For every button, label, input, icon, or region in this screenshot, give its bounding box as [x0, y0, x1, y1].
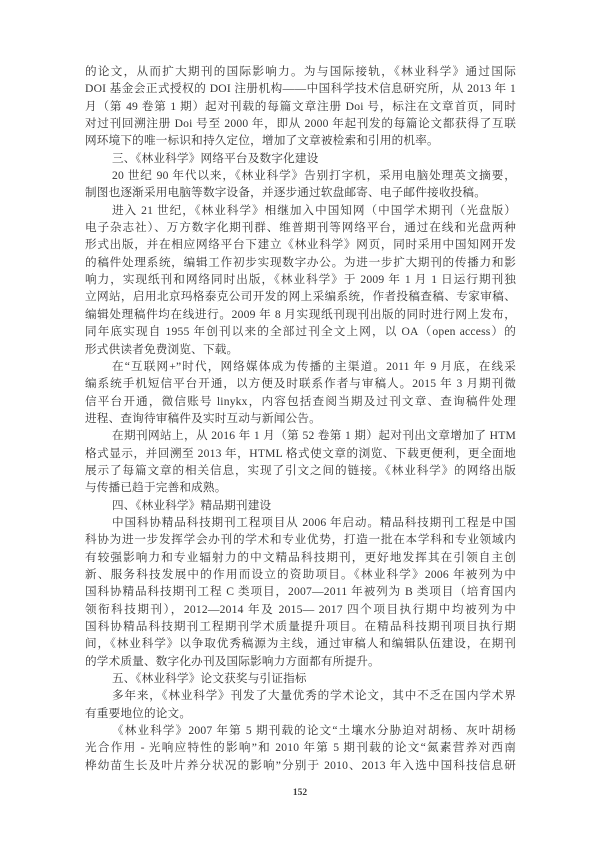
text-line: 编辑处理稿件均在线进行。2009 年 8 月实现纸刊现刊出版的同时进行网上发布，: [85, 306, 516, 323]
section-heading: 三、《林业科学》网络平台及数字化建设: [85, 150, 516, 167]
document-page: 的论文，从而扩大期刊的国际影响力。为与国际接轨，《林业科学》通过国际DOI 基金…: [0, 0, 600, 848]
text-line: 《林业科学》2007 年第 5 期刊载的论文“土壤水分胁迫对胡杨、灰叶胡杨: [85, 722, 516, 739]
body-text: 的论文，从而扩大期刊的国际影响力。为与国际接轨，《林业科学》通过国际DOI 基金…: [85, 63, 516, 774]
text-line: 国科协精品科技期刊工程 C 类项目，2007—2011 年被列为 B 类项目（培…: [85, 583, 516, 600]
text-line: 形式出版，并在相应网络平台下建立《林业科学》网页，同时采用中国知网开发: [85, 236, 516, 253]
text-line: 光合作用 - 光响应特性的影响”和 2010 年第 5 期刊载的论文“氮素营养对…: [85, 739, 516, 756]
text-line: 的学术质量、数字化办刊及国际影响力方面都有所提升。: [85, 653, 516, 670]
text-line: 展示了每篇文章的相关信息，实现了引文之间的链接。《林业科学》的网络出版: [85, 462, 516, 479]
text-line: 进程、查询待审稿件及实时互动与新闻公告。: [85, 410, 516, 427]
page-number: 152: [293, 788, 307, 798]
text-line: 桦幼苗生长及叶片养分状况的影响”分别于 2010、2013 年入选中国科技信息研: [85, 757, 516, 774]
text-line: 在“互联网+”时代，网络媒体成为传播的主渠道。2011 年 9 月底，在线采: [85, 358, 516, 375]
text-line: 月（第 49 卷第 1 期）起对刊载的每篇文章注册 Doi 号，标注在文章首页，…: [85, 98, 516, 115]
text-line: 的稿件处理系统，编辑工作初步实现数字办公。为进一步扩大期刊的传播力和影: [85, 254, 516, 271]
text-line: 有较强影响力和专业辐射力的中文精品科技期刊，更好地发挥其在引领自主创: [85, 549, 516, 566]
text-line: 领衔科技期刊），2012—2014 年及 2015— 2017 四个项目执行期中…: [85, 601, 516, 618]
text-line: 对过刊回溯注册 Doi 号至 2000 年，即从 2000 年起刊发的每篇论文都…: [85, 115, 516, 132]
text-line: 多年来，《林业科学》刊发了大量优秀的学术论文，其中不乏在国内学术界: [85, 687, 516, 704]
text-line: 科协为进一步发挥学会办刊的学术和专业优势，打造一批在本学科和专业领域内: [85, 531, 516, 548]
text-line: 制图也逐渐采用电脑等数字设备，并逐步通过软盘邮寄、电子邮件接收投稿。: [85, 184, 516, 201]
text-line: 编系统手机短信平台开通，以方便及时联系作者与审稿人。2015 年 3 月期刊微: [85, 375, 516, 392]
text-line: 与传播已趋于完善和成熟。: [85, 479, 516, 496]
text-line: 有重要地位的论文。: [85, 705, 516, 722]
text-line: 的论文，从而扩大期刊的国际影响力。为与国际接轨，《林业科学》通过国际: [85, 63, 516, 80]
text-line: 间，《林业科学》以争取优秀稿源为主线，通过审稿人和编辑队伍建设，在期刊: [85, 635, 516, 652]
text-line: 新、服务科技发展中的作用而设立的资助项目。《林业科学》2006 年被列为中: [85, 566, 516, 583]
text-line: 国科协精品科技期刊工程期刊学术质量提升项目。在精品科技期刊项目执行期: [85, 618, 516, 635]
text-line: 电子杂志社）、万方数字化期刊群、维普期刊等网络平台，通过在线和光盘两种: [85, 219, 516, 236]
text-line: 在期刊网站上，从 2016 年 1 月（第 52 卷第 1 期）起对刊出文章增加…: [85, 427, 516, 444]
text-line: 中国科协精品科技期刊工程项目从 2006 年启动。精品科技期刊工程是中国: [85, 514, 516, 531]
text-line: 格式显示，并回溯至 2013 年，HTML 格式使文章的浏览、下载更便利，更全面…: [85, 445, 516, 462]
text-line: 进入 21 世纪，《林业科学》相继加入中国知网（中国学术期刊（光盘版）: [85, 202, 516, 219]
text-line: 响力，实现纸刊和网络同时出版，《林业科学》于 2009 年 1 月 1 日运行期…: [85, 271, 516, 288]
text-line: 20 世纪 90 年代以来，《林业科学》告别打字机，采用电脑处理英文摘要，: [85, 167, 516, 184]
text-line: 信平台开通，微信账号 linykx，内容包括查阅当期及过刊文章、查询稿件处理: [85, 393, 516, 410]
text-line: 立网站，启用北京玛格泰克公司开发的网上采编系统，作者投稿查稿、专家审稿、: [85, 288, 516, 305]
text-line: 网环境下的唯一标识和持久定位，增加了文章被检索和引用的机率。: [85, 132, 516, 149]
text-line: 形式供读者免费浏览、下载。: [85, 341, 516, 358]
page-footer: 152: [0, 782, 600, 800]
text-line: 同年底实现自 1955 年创刊以来的全部过刊全文上网，以 OA（open acc…: [85, 323, 516, 340]
section-heading: 四、《林业科学》精品期刊建设: [85, 497, 516, 514]
text-line: DOI 基金会正式授权的 DOI 注册机构——中国科学技术信息研究所，从 201…: [85, 80, 516, 97]
section-heading: 五、《林业科学》论文获奖与引证指标: [85, 670, 516, 687]
